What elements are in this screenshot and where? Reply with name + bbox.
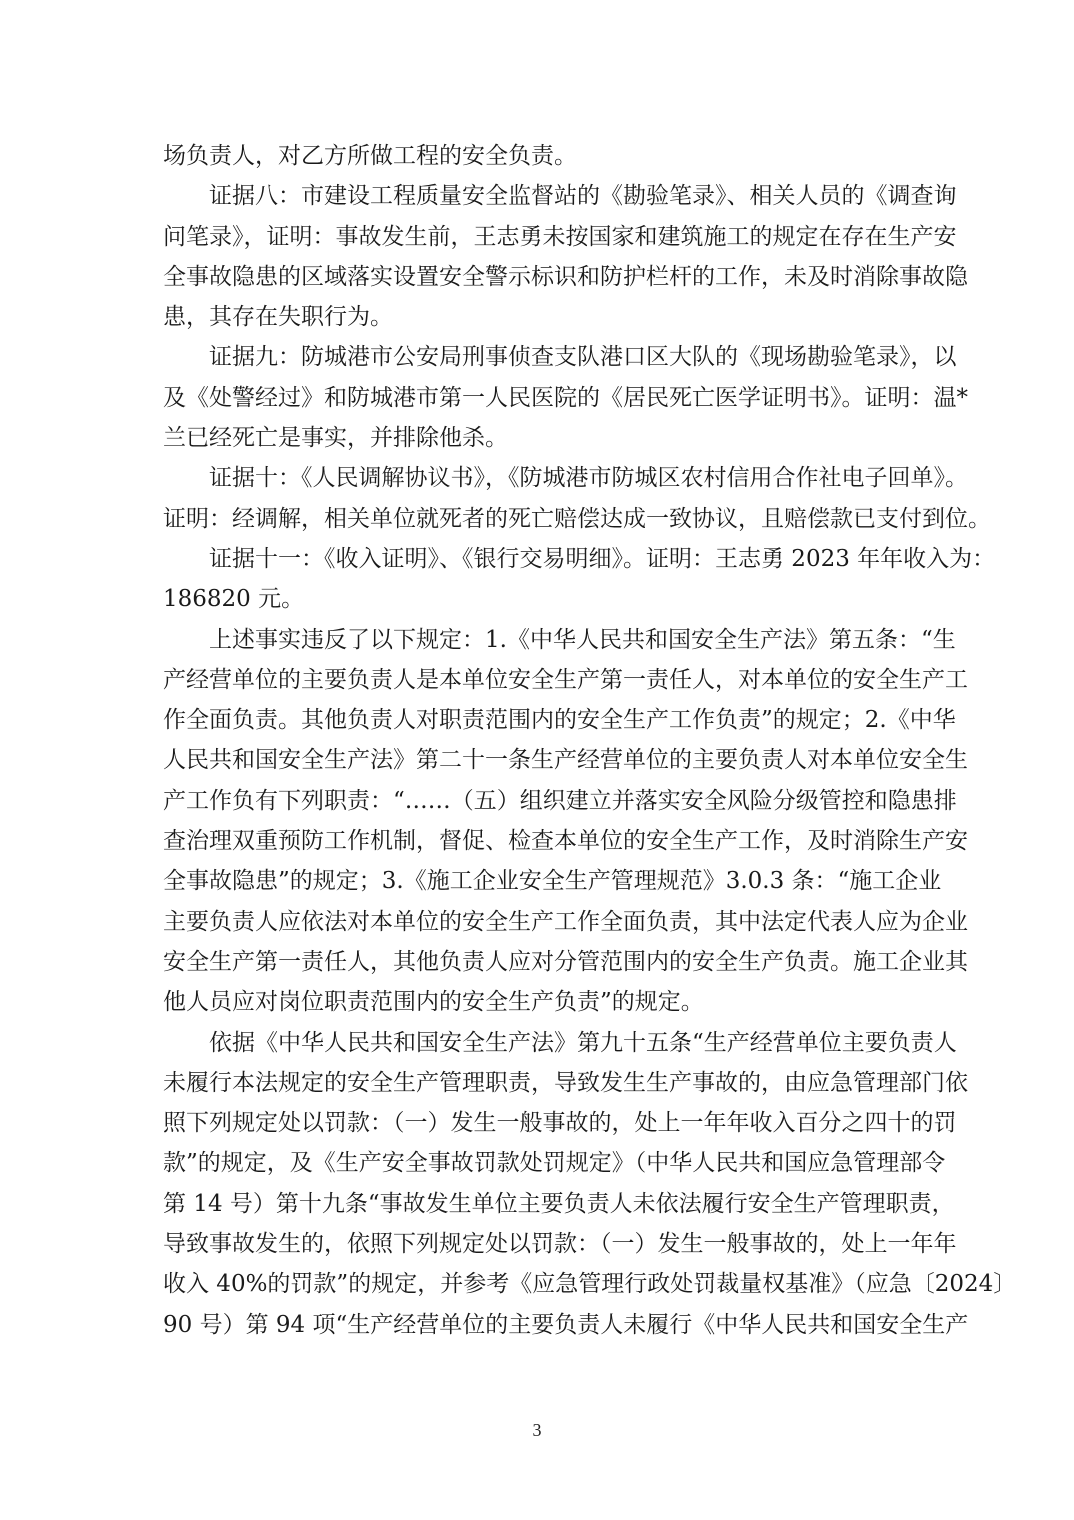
text-line: 证据九：防城港市公安局刑事侦查支队港口区大队的《现场勘验笔录》，以	[163, 337, 915, 377]
text-line: 及《处警经过》和防城港市第一人民医院的《居民死亡医学证明书》。证明：温*	[163, 378, 915, 418]
text-line: 证据八：市建设工程质量安全监督站的《勘验笔录》、相关人员的《调查询	[163, 176, 915, 216]
text-line: 186820 元。	[163, 579, 915, 619]
page-number: 3	[0, 1420, 1074, 1441]
text-line: 证据十：《人民调解协议书》，《防城港市防城区农村信用合作社电子回单》。	[163, 458, 915, 498]
text-line: 产经营单位的主要负责人是本单位安全生产第一责任人，对本单位的安全生产工	[163, 660, 915, 700]
text-line: 作全面负责。其他负责人对职责范围内的安全生产工作负责”的规定；2.《中华	[163, 700, 915, 740]
text-line: 第 14 号）第十九条“事故发生单位主要负责人未依法履行安全生产管理职责，	[163, 1184, 915, 1224]
text-line: 证明：经调解，相关单位就死者的死亡赔偿达成一致协议，且赔偿款已支付到位。	[163, 499, 915, 539]
text-line: 患，其存在失职行为。	[163, 297, 915, 337]
text-line: 兰已经死亡是事实，并排除他杀。	[163, 418, 915, 458]
text-line: 安全生产第一责任人，其他负责人应对分管范围内的安全生产负责。施工企业其	[163, 942, 915, 982]
text-line: 产工作负有下列职责：“……（五）组织建立并落实安全风险分级管控和隐患排	[163, 781, 915, 821]
text-line: 导致事故发生的，依照下列规定处以罚款：（一）发生一般事故的，处上一年年	[163, 1224, 915, 1264]
text-line: 场负责人，对乙方所做工程的安全负责。	[163, 136, 915, 176]
text-line: 款”的规定，及《生产安全事故罚款处罚规定》（中华人民共和国应急管理部令	[163, 1143, 915, 1183]
text-line: 未履行本法规定的安全生产管理职责，导致发生生产事故的，由应急管理部门依	[163, 1063, 915, 1103]
text-line: 收入 40%的罚款”的规定，并参考《应急管理行政处罚裁量权基准》（应急〔2024…	[163, 1264, 915, 1304]
text-line: 全事故隐患的区域落实设置安全警示标识和防护栏杆的工作，未及时消除事故隐	[163, 257, 915, 297]
text-line: 全事故隐患”的规定；3.《施工企业安全生产管理规范》3.0.3 条：“施工企业	[163, 861, 915, 901]
text-line: 主要负责人应依法对本单位的安全生产工作全面负责，其中法定代表人应为企业	[163, 902, 915, 942]
text-line: 查治理双重预防工作机制，督促、检查本单位的安全生产工作，及时消除生产安	[163, 821, 915, 861]
text-line: 证据十一：《收入证明》、《银行交易明细》。证明：王志勇 2023 年年收入为：	[163, 539, 915, 579]
document-body: 场负责人，对乙方所做工程的安全负责。证据八：市建设工程质量安全监督站的《勘验笔录…	[163, 136, 915, 1345]
text-line: 他人员应对岗位职责范围内的安全生产负责”的规定。	[163, 982, 915, 1022]
text-line: 上述事实违反了以下规定：1.《中华人民共和国安全生产法》第五条：“生	[163, 620, 915, 660]
text-line: 照下列规定处以罚款：（一）发生一般事故的，处上一年年收入百分之四十的罚	[163, 1103, 915, 1143]
text-line: 90 号）第 94 项“生产经营单位的主要负责人未履行《中华人民共和国安全生产	[163, 1305, 915, 1345]
text-line: 问笔录》，证明：事故发生前，王志勇未按国家和建筑施工的规定在存在生产安	[163, 217, 915, 257]
text-line: 依据《中华人民共和国安全生产法》第九十五条“生产经营单位主要负责人	[163, 1023, 915, 1063]
text-line: 人民共和国安全生产法》第二十一条生产经营单位的主要负责人对本单位安全生	[163, 740, 915, 780]
